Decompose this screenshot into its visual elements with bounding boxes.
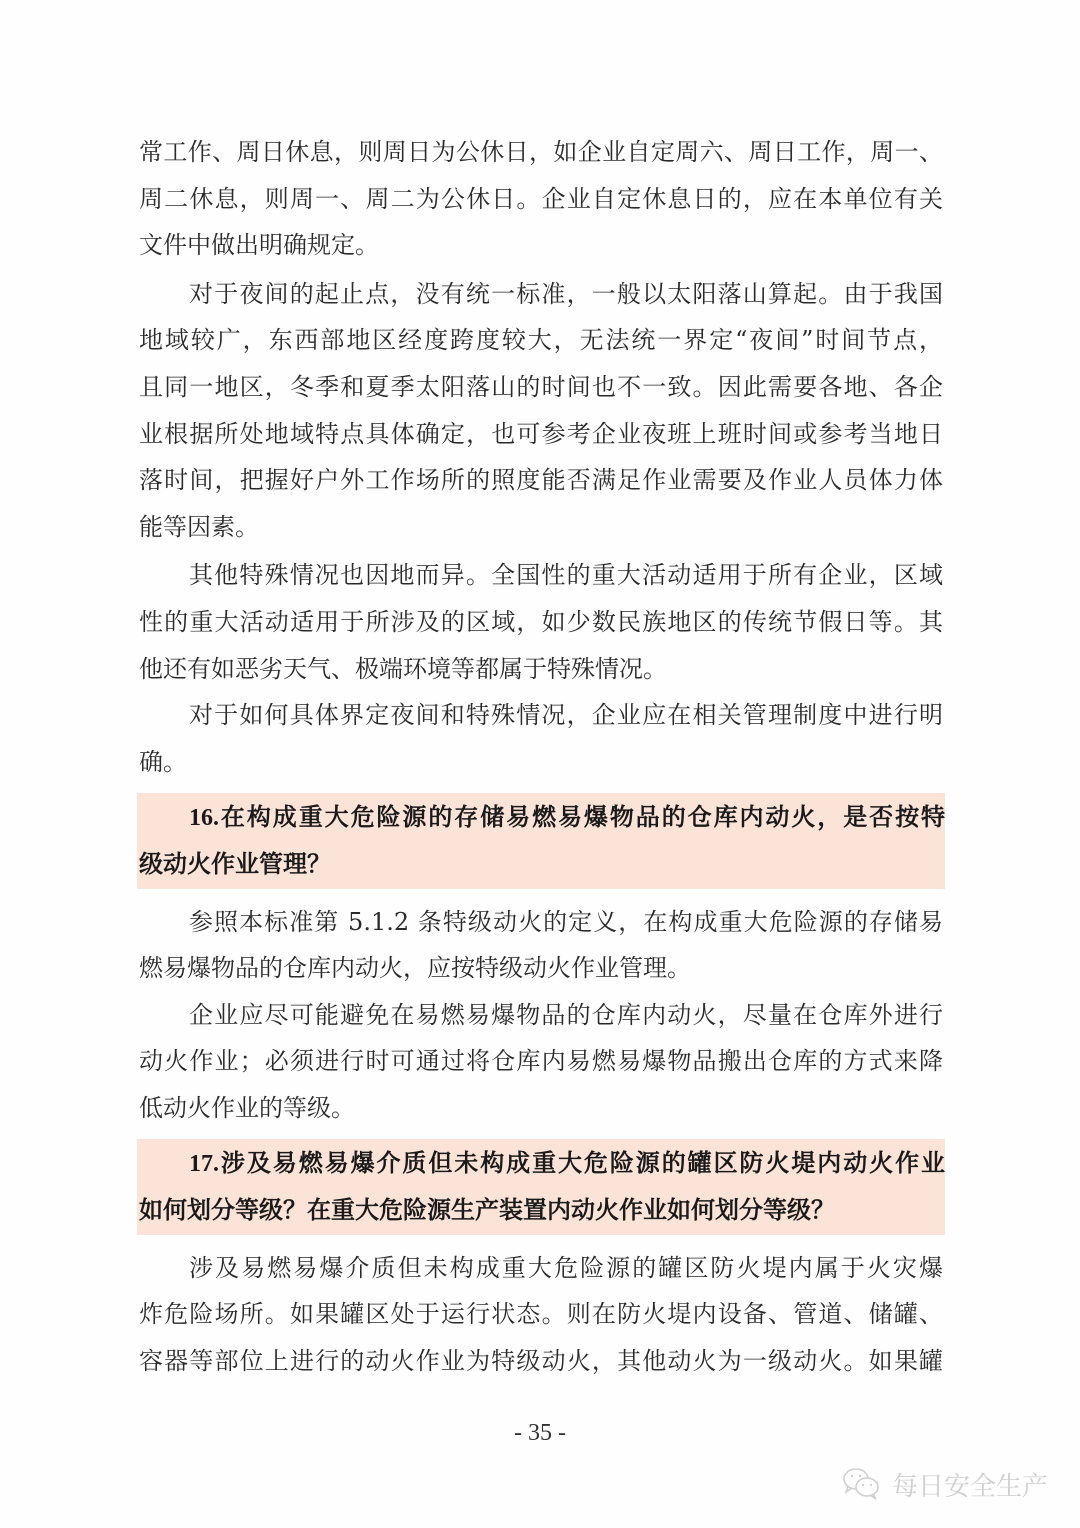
watermark: 每日安全生产: [842, 1466, 1048, 1502]
paragraph: 涉及易燃易爆介质但未构成重大危险源的罐区防火堤内属于火灾爆 炸危险场所。如果罐区…: [139, 1245, 943, 1385]
text-line: 文件中做出明确规定。: [139, 222, 943, 269]
text-line: 炸危险场所。如果罐区处于运行状态。则在防火堤内设备、管道、储罐、: [139, 1291, 943, 1338]
text-line: 业根据所处地域特点具体确定，也可参考企业夜班上班时间或参考当地日: [139, 411, 943, 458]
text-line: 低动火作业的等级。: [139, 1085, 943, 1132]
text-line: 常工作、周日休息，则周日为公休日，如企业自定周六、周日工作，周一、: [139, 129, 943, 176]
paragraph: 企业应尽可能避免在易燃易爆物品的仓库内动火，尽量在仓库外进行 动火作业；必须进行…: [139, 992, 943, 1132]
question-line: 17.涉及易燃易爆介质但未构成重大危险源的罐区防火堤内动火作业: [139, 1141, 945, 1188]
question-heading-16: 16.在构成重大危险源的存储易燃易爆物品的仓库内动火，是否按特 级动火作业管理？: [137, 793, 945, 888]
text-line: 其他特殊情况也因地而异。全国性的重大活动适用于所有企业，区域: [139, 552, 943, 599]
text-line: 涉及易燃易爆介质但未构成重大危险源的罐区防火堤内属于火灾爆: [139, 1245, 943, 1292]
text-line: 且同一地区，冬季和夏季太阳落山的时间也不一致。因此需要各地、各企: [139, 364, 943, 411]
text-line: 参照本标准第 5.1.2 条特级动火的定义，在构成重大危险源的存储易: [139, 899, 943, 946]
text-line: 容器等部位上进行的动火作业为特级动火，其他动火为一级动火。如果罐: [139, 1338, 943, 1385]
watermark-text: 每日安全生产: [892, 1466, 1048, 1503]
wechat-icon: [842, 1467, 882, 1501]
text-line: 落时间，把握好户外工作场所的照度能否满足作业需要及作业人员体力体: [139, 457, 943, 504]
text-line: 地域较广，东西部地区经度跨度较大，无法统一界定“夜间”时间节点，: [139, 317, 943, 364]
paragraph: 对于夜间的起止点，没有统一标准，一般以太阳落山算起。由于我国 地域较广，东西部地…: [139, 271, 943, 551]
text-line: 动火作业；必须进行时可通过将仓库内易燃易爆物品搬出仓库的方式来降: [139, 1038, 943, 1085]
text-line: 性的重大活动适用于所涉及的区域，如少数民族地区的传统节假日等。其: [139, 599, 943, 646]
text-line: 确。: [139, 739, 943, 786]
question-line: 16.在构成重大危险源的存储易燃易爆物品的仓库内动火，是否按特: [139, 795, 945, 842]
paragraph: 对于如何具体界定夜间和特殊情况，企业应在相关管理制度中进行明 确。: [139, 692, 943, 785]
text-line: 他还有如恶劣天气、极端环境等都属于特殊情况。: [139, 646, 943, 693]
question-line: 级动火作业管理？: [139, 842, 945, 889]
paragraph: 其他特殊情况也因地而异。全国性的重大活动适用于所有企业，区域 性的重大活动适用于…: [139, 552, 943, 692]
text-line: 对于夜间的起止点，没有统一标准，一般以太阳落山算起。由于我国: [139, 271, 943, 318]
text-line: 企业应尽可能避免在易燃易爆物品的仓库内动火，尽量在仓库外进行: [139, 992, 943, 1039]
question-heading-17: 17.涉及易燃易爆介质但未构成重大危险源的罐区防火堤内动火作业 如何划分等级？在…: [137, 1139, 945, 1234]
paragraph: 常工作、周日休息，则周日为公休日，如企业自定周六、周日工作，周一、 周二休息，则…: [139, 129, 943, 269]
question-line: 如何划分等级？在重大危险源生产装置内动火作业如何划分等级？: [139, 1188, 945, 1235]
text-line: 周二休息，则周一、周二为公休日。企业自定休息日的，应在本单位有关: [139, 176, 943, 223]
paragraph: 参照本标准第 5.1.2 条特级动火的定义，在构成重大危险源的存储易 燃易爆物品…: [139, 899, 943, 992]
text-line: 能等因素。: [139, 504, 943, 551]
document-page: 常工作、周日休息，则周日为公休日，如企业自定周六、周日工作，周一、 周二休息，则…: [0, 0, 1080, 1528]
text-line: 对于如何具体界定夜间和特殊情况，企业应在相关管理制度中进行明: [139, 692, 943, 739]
page-content: 常工作、周日休息，则周日为公休日，如企业自定周六、周日工作，周一、 周二休息，则…: [139, 129, 943, 1384]
text-line: 燃易爆物品的仓库内动火，应按特级动火作业管理。: [139, 945, 943, 992]
page-number: - 35 -: [0, 1420, 1080, 1447]
